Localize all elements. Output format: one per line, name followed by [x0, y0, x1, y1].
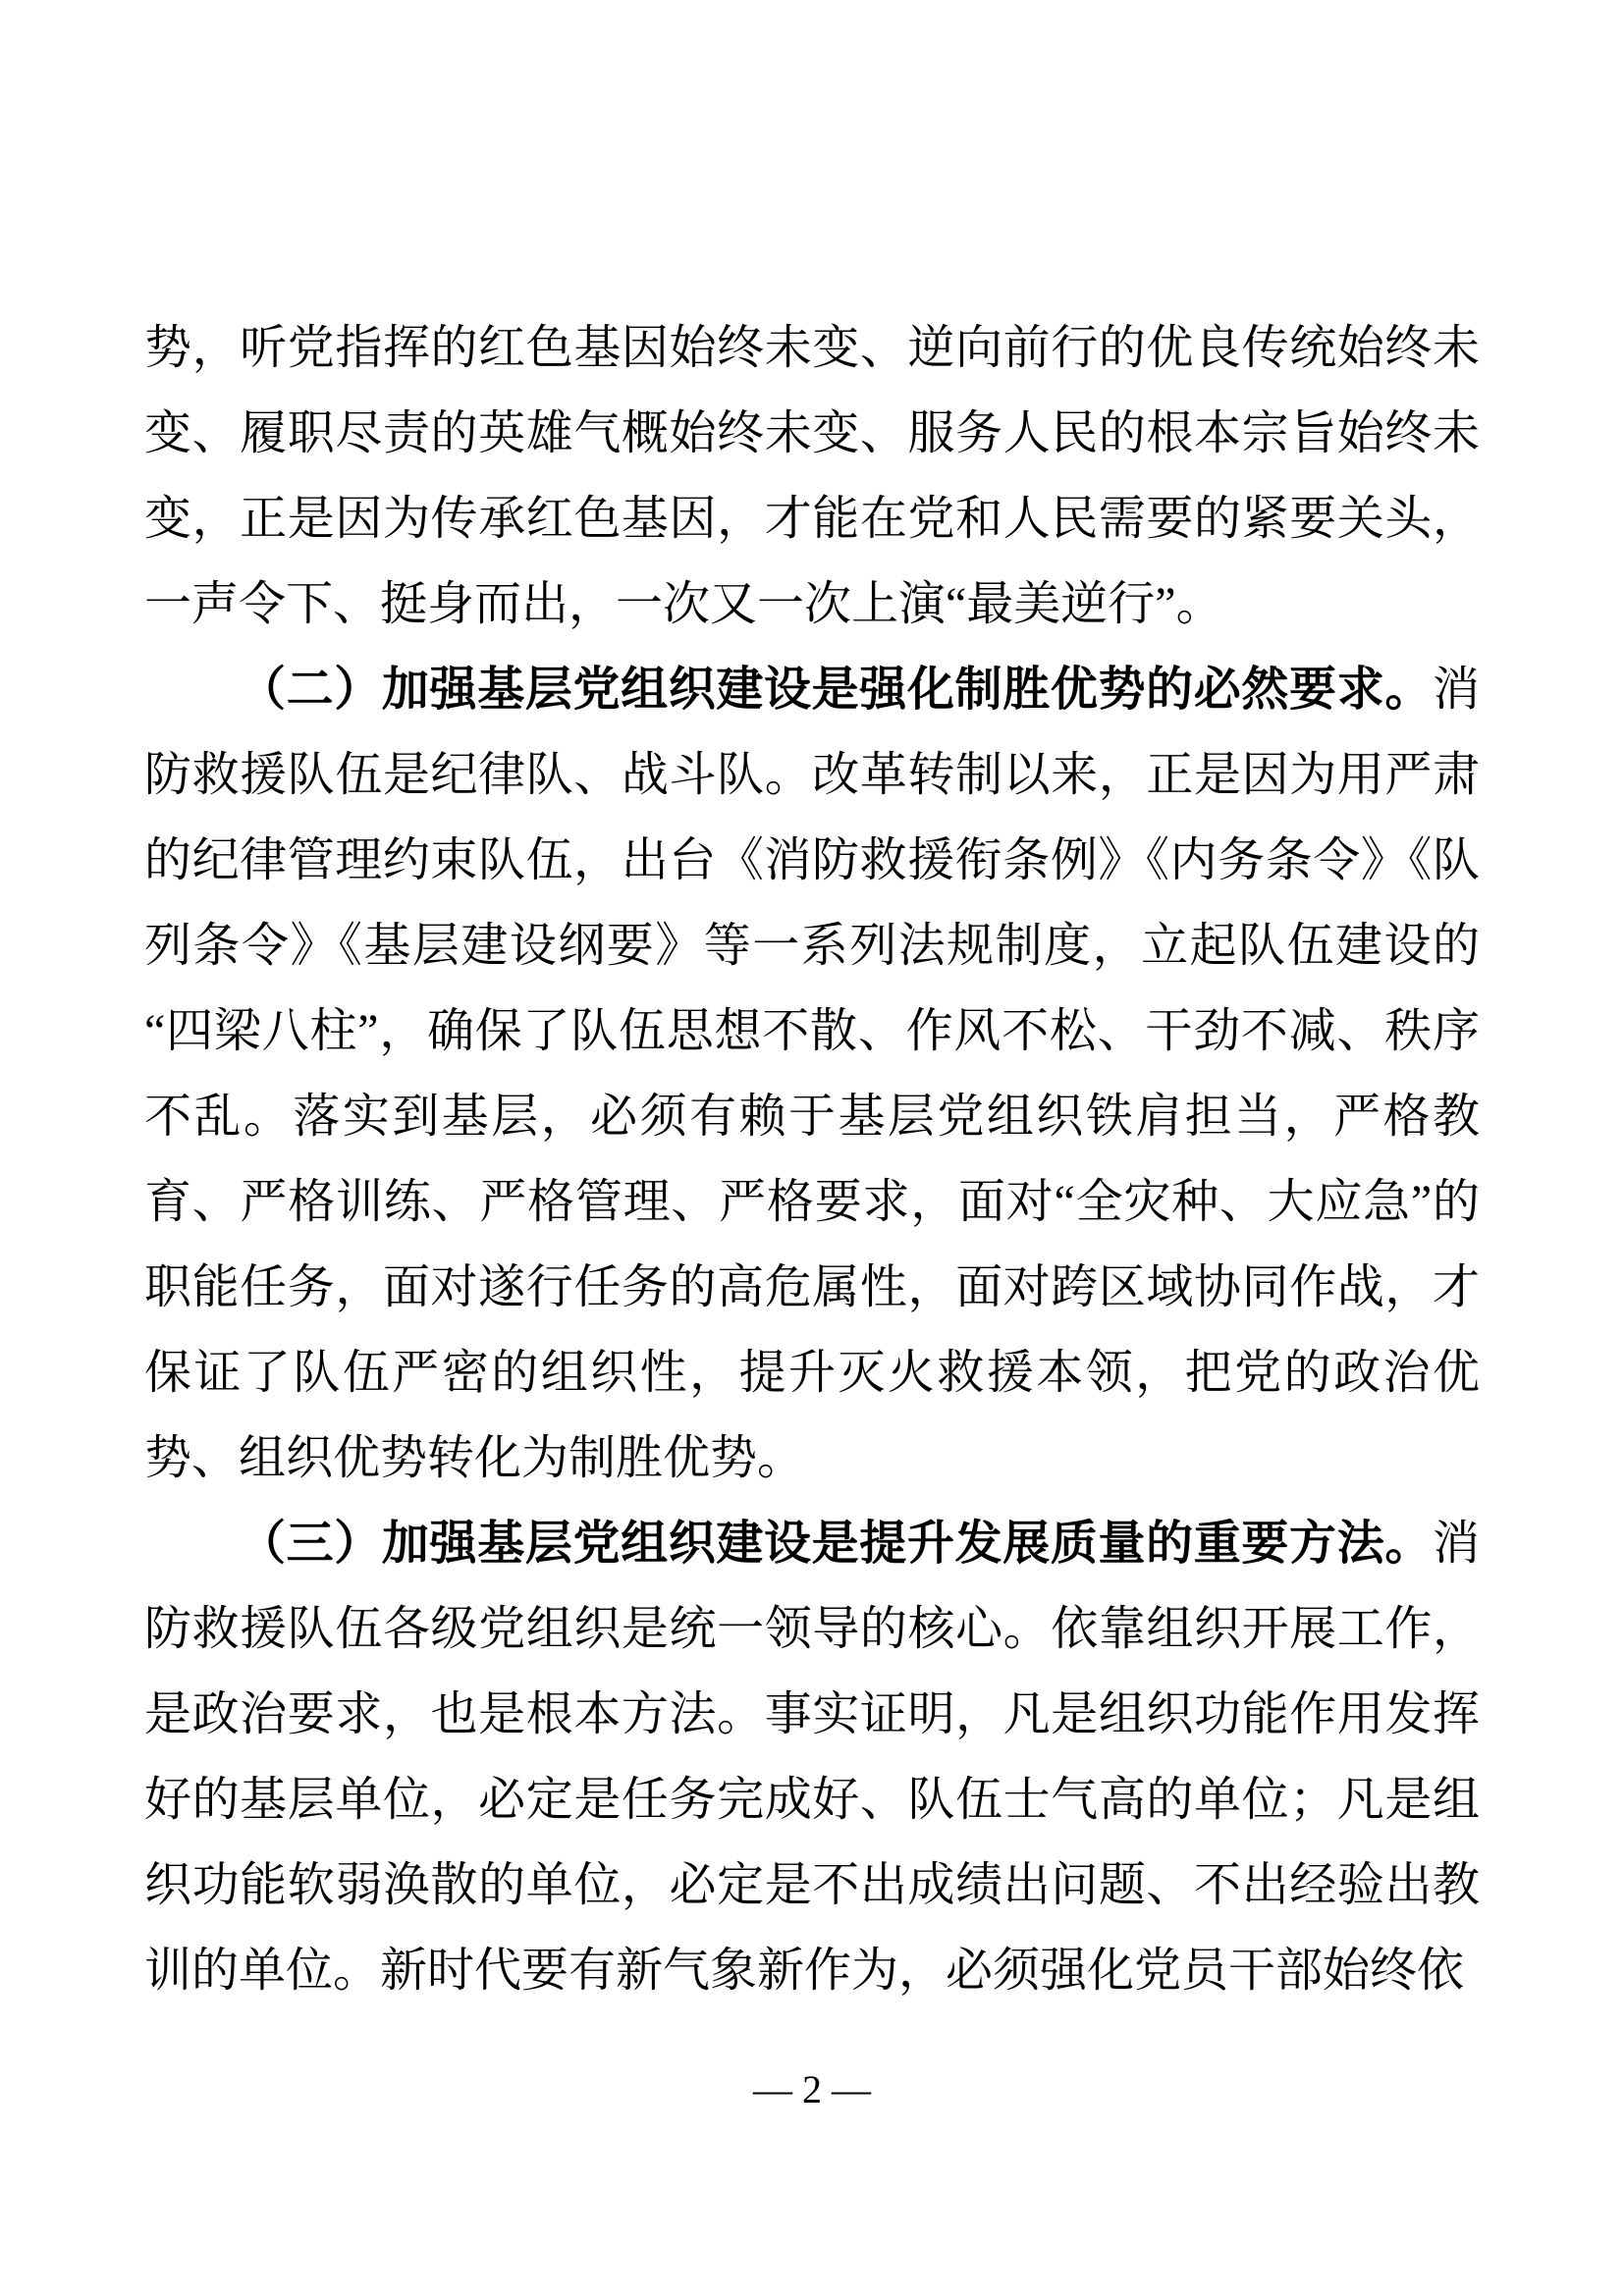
paragraph: 势，听党指挥的红色基因始终未变、逆向前行的优良传统始终未变、履职尽责的英雄气概始…: [144, 305, 1480, 647]
document-page: 势，听党指挥的红色基因始终未变、逆向前行的优良传统始终未变、履职尽责的英雄气概始…: [0, 0, 1624, 2296]
page-number: — 2 —: [753, 2067, 871, 2111]
paragraph: （三）加强基层党组织建设是提升发展质量的重要方法。消防救援队伍各级党组织是统一领…: [144, 1501, 1480, 2013]
document-body: 势，听党指挥的红色基因始终未变、逆向前行的优良传统始终未变、履职尽责的英雄气概始…: [144, 305, 1480, 2013]
paragraph: （二）加强基层党组织建设是强化制胜优势的必然要求。消防救援队伍是纪律队、战斗队。…: [144, 647, 1480, 1501]
text-run: 势，听党指挥的红色基因始终未变、逆向前行的优良传统始终未变、履职尽责的英雄气概始…: [144, 322, 1480, 630]
text-run: 消防救援队伍各级党组织是统一领导的核心。依靠组织开展工作，是政治要求，也是根本方…: [144, 1518, 1480, 1997]
text-run: 消防救援队伍是纪律队、战斗队。改革转制以来，正是因为用严肃的纪律管理约束队伍，出…: [144, 664, 1480, 1484]
lead-in-run: （三）加强基层党组织建设是提升发展质量的重要方法。: [239, 1518, 1433, 1570]
lead-in-run: （二）加强基层党组织建设是强化制胜优势的必然要求。: [239, 664, 1433, 716]
page-footer: — 2 —: [0, 2064, 1624, 2115]
